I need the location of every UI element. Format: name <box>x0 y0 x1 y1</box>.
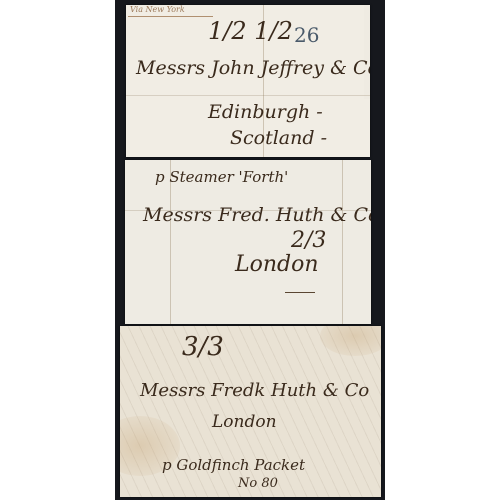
underline <box>128 16 213 17</box>
letter-cover-3: 3/3 Messrs Fredk Huth & Co London p Gold… <box>120 326 381 497</box>
address-line-1: Messrs Fredk Huth & Co <box>140 380 369 401</box>
fold-line <box>126 95 370 96</box>
address-line-1: Messrs Fred. Huth & Co <box>143 204 371 226</box>
routing-endorsement: p Goldfinch Packet <box>162 456 305 474</box>
address-line-1: Messrs John Jeffrey & Co <box>136 57 370 79</box>
manuscript-rate: 3/3 <box>182 332 224 362</box>
routing-endorsement: Via New York <box>130 5 185 14</box>
cover-flap <box>364 5 370 99</box>
address-line-2: London <box>235 252 319 277</box>
manuscript-rate: 2/3 <box>291 228 326 253</box>
address-line-2: London <box>212 412 277 432</box>
rate-handstamp: 26 <box>294 23 319 47</box>
letter-cover-1: Via New York 1/2 1/2 26 Messrs John Jeff… <box>126 5 370 157</box>
address-line-2: Edinburgh - <box>208 101 323 123</box>
manuscript-rate: 1/2 1/2 <box>208 17 293 45</box>
fold-line <box>342 160 343 324</box>
routing-endorsement: p Steamer 'Forth' <box>155 168 288 186</box>
address-line-3: Scotland - <box>230 127 327 149</box>
letter-cover-2: p Steamer 'Forth' Messrs Fred. Huth & Co… <box>125 160 371 324</box>
underline <box>285 292 315 293</box>
docket-note: No 80 <box>238 476 278 491</box>
